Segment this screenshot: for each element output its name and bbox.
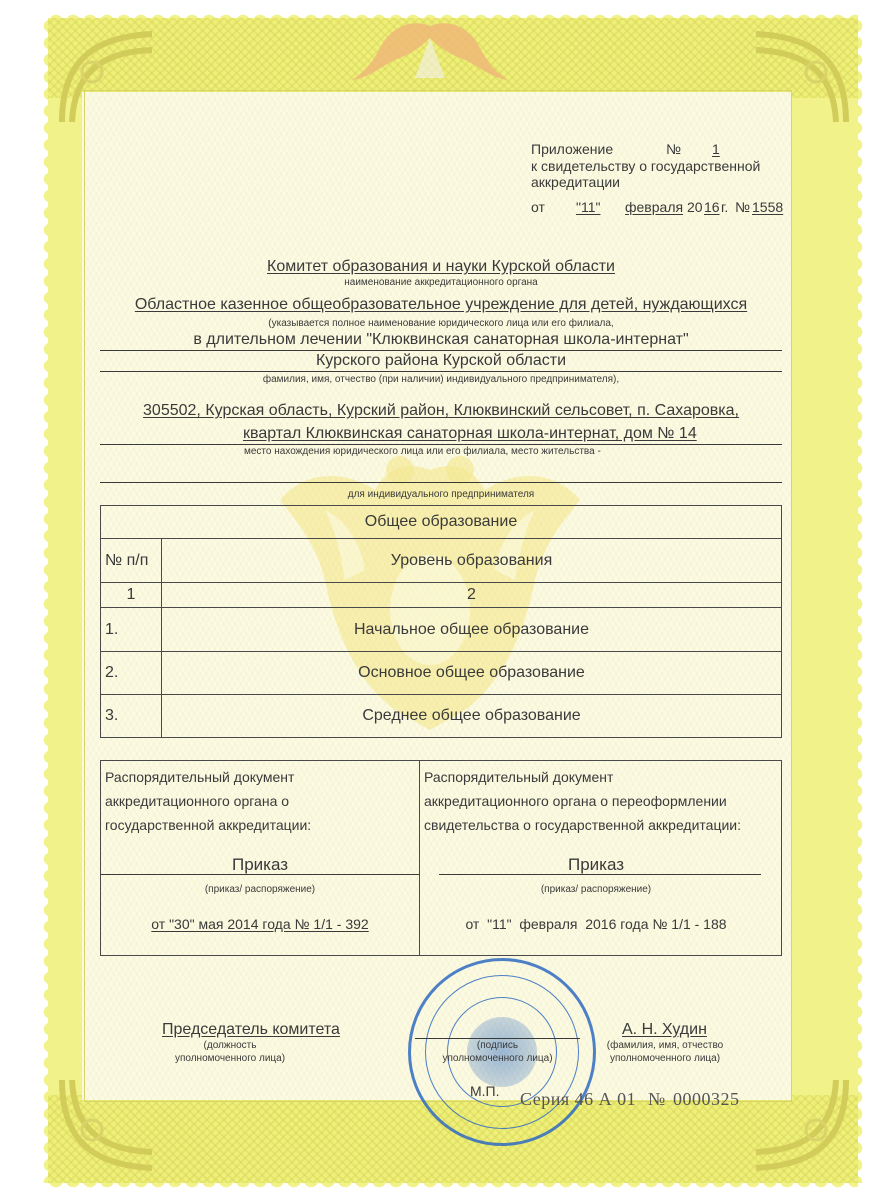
row-level: Основное общее образование xyxy=(162,652,782,695)
appendix-month: февраля xyxy=(625,199,683,215)
index-cell-2: 2 xyxy=(162,583,782,608)
seal-eagle-icon xyxy=(467,1017,537,1087)
column-header-level: Уровень образования xyxy=(162,539,782,583)
documents-divider xyxy=(419,761,420,955)
form-number-label: № xyxy=(648,1089,666,1110)
corner-ornament-icon xyxy=(746,1070,856,1180)
signatory-position: Председатель комитета xyxy=(162,1021,340,1039)
address-line1: 305502, Курская область, Курский район, … xyxy=(100,402,782,420)
name-caption1: (фамилия, имя, отчество xyxy=(590,1040,740,1051)
corner-ornament-icon xyxy=(52,22,162,132)
row-number: 1. xyxy=(101,608,162,652)
top-crest-ornament-icon xyxy=(350,18,510,90)
row-level: Среднее общее образование xyxy=(162,695,782,738)
row-level: Начальное общее образование xyxy=(162,608,782,652)
education-levels-table: Общее образование № п/п Уровень образова… xyxy=(100,505,782,738)
right-doc-type: Приказ xyxy=(431,855,761,875)
administrative-documents-box: Распорядительный документ аккредитационн… xyxy=(100,760,782,956)
seal-mark: М.П. xyxy=(470,1083,500,1099)
position-caption2: уполномоченного лица) xyxy=(150,1053,310,1064)
form-number: 0000325 xyxy=(673,1089,740,1110)
appendix-cert-number: 1558 xyxy=(752,199,783,215)
table-row: 2. Основное общее образование xyxy=(101,652,782,695)
organization-line3-rule xyxy=(100,371,782,372)
signatory-name: А. Н. Худин xyxy=(622,1021,707,1039)
organization-caption1: (указывается полное наименование юридиче… xyxy=(100,318,782,329)
table-title-row: Общее образование xyxy=(101,506,782,539)
position-caption1: (должность xyxy=(150,1040,310,1051)
appendix-year-prefix: 20 xyxy=(687,199,703,215)
right-doc-type-rule xyxy=(439,874,761,875)
signature-caption2: уполномоченного лица) xyxy=(415,1053,580,1064)
left-doc-type-rule xyxy=(101,874,419,875)
appendix-number: 1 xyxy=(712,141,720,157)
index-cell-1: 1 xyxy=(101,583,162,608)
left-doc-date: от "30" мая 2014 года № 1/1 - 392 xyxy=(101,916,419,932)
signature-line xyxy=(415,1038,580,1039)
address-caption1: место нахождения юридического лица или е… xyxy=(244,446,601,457)
appendix-date-prefix: от xyxy=(531,199,545,215)
signature-caption1: (подпись xyxy=(415,1040,580,1051)
right-doc-line1: Распорядительный документ xyxy=(424,765,613,789)
corner-ornament-icon xyxy=(52,1070,162,1180)
organization-caption2: фамилия, имя, отчество (при наличии) инд… xyxy=(100,374,782,385)
organization-name-line3: Курского района Курской области xyxy=(100,352,782,370)
appendix-day: "11" xyxy=(576,199,600,215)
column-header-number: № п/п xyxy=(101,539,162,583)
organization-name-line2: в длительном лечении "Клюквинская санато… xyxy=(100,331,782,349)
official-seal-stamp xyxy=(408,958,596,1146)
right-doc-date: от "11" февраля 2016 года № 1/1 - 188 xyxy=(431,916,761,932)
row-number: 2. xyxy=(101,652,162,695)
scalloped-edge-left xyxy=(42,18,50,1183)
table-row: 3. Среднее общее образование xyxy=(101,695,782,738)
name-caption2: уполномоченного лица) xyxy=(590,1053,740,1064)
table-row: 1. Начальное общее образование xyxy=(101,608,782,652)
form-series: Серия 46 А 01 xyxy=(520,1089,636,1110)
left-doc-type: Приказ xyxy=(101,855,419,875)
address-blank-rule xyxy=(100,482,782,483)
right-doc-line3: свидетельства о государственной аккредит… xyxy=(424,813,741,837)
organization-name-line1: Областное казенное общеобразовательное у… xyxy=(100,296,782,314)
appendix-subtitle-line1: к свидетельству о государственной xyxy=(531,158,760,174)
accreditation-authority-name: Комитет образования и науки Курской обла… xyxy=(100,258,782,276)
corner-ornament-icon xyxy=(746,22,856,132)
row-number: 3. xyxy=(101,695,162,738)
right-doc-type-caption: (приказ/ распоряжение) xyxy=(431,884,761,895)
right-doc-line2: аккредитационного органа о переоформлени… xyxy=(424,789,727,813)
address-line2-rule xyxy=(100,444,782,445)
appendix-number-label: № xyxy=(666,141,681,157)
table-index-row: 1 2 xyxy=(101,583,782,608)
table-title: Общее образование xyxy=(101,506,782,539)
left-doc-line1: Распорядительный документ xyxy=(105,765,294,789)
left-doc-line3: государственной аккредитации: xyxy=(105,813,311,837)
appendix-year-unit: г. xyxy=(721,199,728,215)
authority-caption: наименование аккредитационного органа xyxy=(100,277,782,288)
appendix-subtitle-line2: аккредитации xyxy=(531,174,620,190)
table-header-row: № п/п Уровень образования xyxy=(101,539,782,583)
scalloped-edge-right xyxy=(856,18,864,1183)
left-doc-line2: аккредитационного органа о xyxy=(105,789,289,813)
appendix-cert-number-label: № xyxy=(735,199,750,215)
organization-line2-rule xyxy=(100,350,782,351)
address-line2: квартал Клюквинская санаторная школа-инт… xyxy=(243,425,697,443)
address-caption2: для индивидуального предпринимателя xyxy=(100,489,782,500)
appendix-title: Приложение xyxy=(531,141,613,157)
left-doc-type-caption: (приказ/ распоряжение) xyxy=(101,884,419,895)
appendix-year: 16 xyxy=(704,199,720,215)
